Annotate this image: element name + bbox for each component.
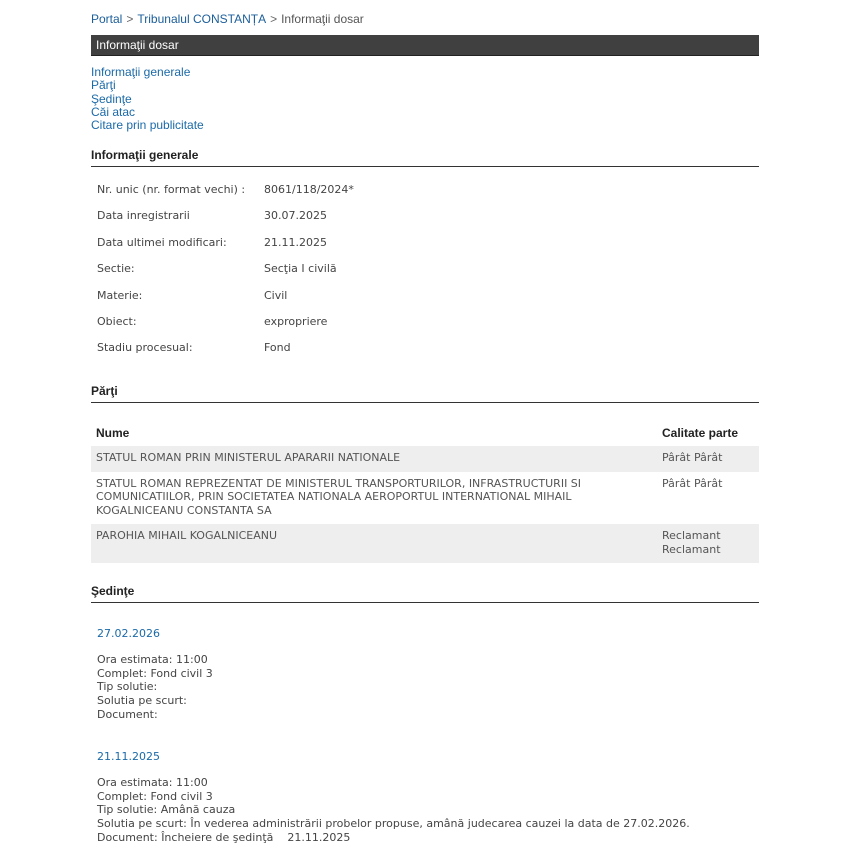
sedinta-complet: Complet: Fond civil 3 <box>97 790 690 804</box>
breadcrumb-separator: > <box>270 12 277 26</box>
breadcrumb-tribunal[interactable]: Tribunalul CONSTANȚA <box>137 12 266 26</box>
page-title: Informaţii dosar <box>91 35 759 56</box>
sedinta-item: 27.02.2026 Ora estimata: 11:00 Complet: … <box>97 627 213 722</box>
info-value: expropriere <box>264 315 327 341</box>
column-header-nume: Nume <box>91 420 657 446</box>
table-row: PAROHIA MIHAIL KOGALNICEANU Reclamant Re… <box>91 524 759 563</box>
info-label: Nr. unic (nr. format vechi) : <box>97 183 264 209</box>
sedinta-date: 21.11.2025 <box>97 750 690 763</box>
info-row: Sectie:Secţia I civilă <box>97 262 354 288</box>
nav-sedinte[interactable]: Şedinţe <box>91 93 204 106</box>
info-row: Materie:Civil <box>97 289 354 315</box>
breadcrumb-separator: > <box>126 12 133 26</box>
nav-cai-atac[interactable]: Căi atac <box>91 106 204 119</box>
parti-table: Nume Calitate parte STATUL ROMAN PRIN MI… <box>91 420 759 563</box>
info-row: Data inregistrarii30.07.2025 <box>97 209 354 235</box>
sedinta-solutie-scurt: Solutia pe scurt: <box>97 694 213 708</box>
sedinta-document: Document: <box>97 708 213 722</box>
breadcrumb: Portal>Tribunalul CONSTANȚA>Informaţii d… <box>91 12 364 26</box>
breadcrumb-current: Informaţii dosar <box>281 12 364 26</box>
info-label: Stadiu procesual: <box>97 341 264 367</box>
party-name: PAROHIA MIHAIL KOGALNICEANU <box>91 524 657 563</box>
sedinta-solutie-scurt: Solutia pe scurt: În vederea administrăr… <box>97 817 690 831</box>
table-row: STATUL ROMAN REPREZENTAT DE MINISTERUL T… <box>91 472 759 525</box>
info-row: Obiect:expropriere <box>97 315 354 341</box>
info-value: 8061/118/2024* <box>264 183 354 209</box>
section-heading-parti: Părţi <box>91 384 759 403</box>
column-header-calitate: Calitate parte <box>657 420 759 446</box>
info-value: Secţia I civilă <box>264 262 337 288</box>
info-value: Civil <box>264 289 287 315</box>
party-role: Pârât Pârât <box>657 446 759 472</box>
sedinta-complet: Complet: Fond civil 3 <box>97 667 213 681</box>
info-label: Sectie: <box>97 262 264 288</box>
section-nav: Informaţii generale Părţi Şedinţe Căi at… <box>91 66 204 132</box>
info-value: 21.11.2025 <box>264 236 327 262</box>
sedinta-ora: Ora estimata: 11:00 <box>97 653 213 667</box>
party-role: Pârât Pârât <box>657 472 759 525</box>
info-label: Data inregistrarii <box>97 209 264 235</box>
info-label: Obiect: <box>97 315 264 341</box>
nav-parti[interactable]: Părţi <box>91 79 204 92</box>
party-name: STATUL ROMAN PRIN MINISTERUL APARARII NA… <box>91 446 657 472</box>
info-row: Stadiu procesual:Fond <box>97 341 354 367</box>
sedinta-document: Document: Încheiere de şedinţă 21.11.202… <box>97 831 690 845</box>
party-role: Reclamant Reclamant <box>657 524 759 563</box>
sedinta-ora: Ora estimata: 11:00 <box>97 776 690 790</box>
info-row: Data ultimei modificari:21.11.2025 <box>97 236 354 262</box>
sedinta-tip-solutie: Tip solutie: <box>97 680 213 694</box>
section-heading-sedinte: Şedinţe <box>91 584 759 603</box>
section-heading-informatii-generale: Informaţii generale <box>91 148 759 167</box>
table-row: STATUL ROMAN PRIN MINISTERUL APARARII NA… <box>91 446 759 472</box>
nav-informatii-generale[interactable]: Informaţii generale <box>91 66 204 79</box>
info-label: Data ultimei modificari: <box>97 236 264 262</box>
info-value: 30.07.2025 <box>264 209 327 235</box>
nav-citare-publicitate[interactable]: Citare prin publicitate <box>91 119 204 132</box>
info-value: Fond <box>264 341 291 367</box>
table-header-row: Nume Calitate parte <box>91 420 759 446</box>
sedinta-date: 27.02.2026 <box>97 627 213 640</box>
general-info-list: Nr. unic (nr. format vechi) :8061/118/20… <box>97 183 354 368</box>
party-name: STATUL ROMAN REPREZENTAT DE MINISTERUL T… <box>91 472 657 525</box>
info-label: Materie: <box>97 289 264 315</box>
info-row: Nr. unic (nr. format vechi) :8061/118/20… <box>97 183 354 209</box>
breadcrumb-portal[interactable]: Portal <box>91 12 122 26</box>
sedinta-tip-solutie: Tip solutie: Amână cauza <box>97 803 690 817</box>
sedinta-item: 21.11.2025 Ora estimata: 11:00 Complet: … <box>97 750 690 845</box>
